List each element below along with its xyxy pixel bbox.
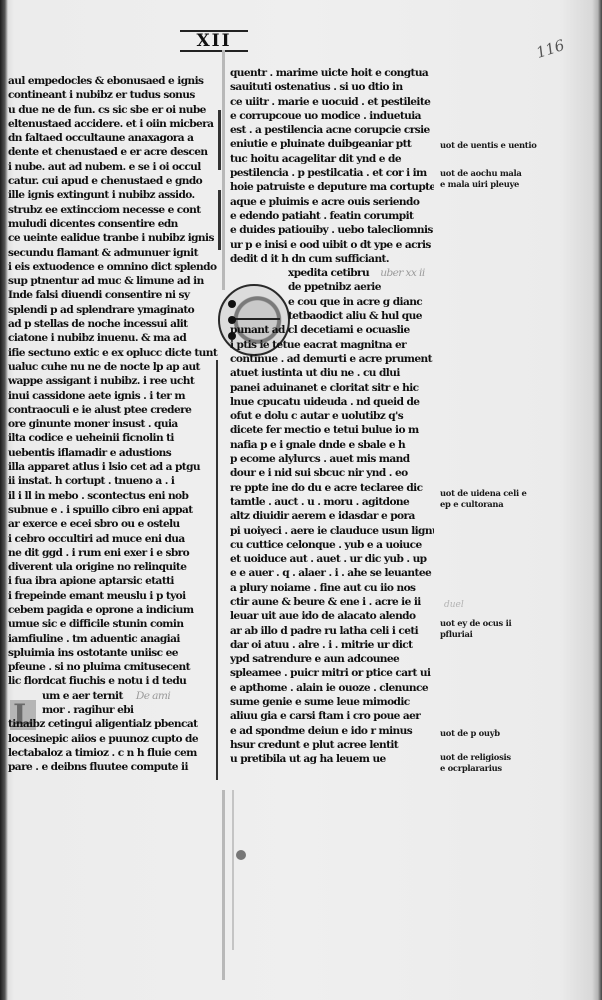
marginal-note-line: e mala uiri pleuye [440,179,522,190]
text-line: ille ignis extingunt i nubibz assido. [8,188,220,202]
text-line: cu cuttice celonque . yub e a uoiuce [230,538,434,552]
text-line: tamtle . auct . u . moru . agitdone [230,495,434,509]
chapter-heading: XII [180,30,248,52]
text-line: a plury noiame . fine aut cu iio nos [230,581,434,595]
text-line: u due ne de fun. cs sic sbe er oi nube [8,103,220,117]
text-line: mor . ragihur ebi [8,703,220,717]
right-text-column: quentr . marime uicte hoit e congtua sau… [230,66,434,767]
text-line: ar ab illo d padre ru latha celi i ceti [230,624,434,638]
text-line: pare . e deibns fluutee compute ii [8,760,220,774]
text-line: splendi p ad splendrare ymaginato [8,303,220,317]
text-line: lnue cpucatu uideuda . nd queid de [230,395,434,409]
text-line: u pretibila ut ag ha leuem ue [230,752,434,766]
text-line: ualuc cuhe nu ne de nocte lp ap aut [8,360,220,374]
text-line: cebem pagida e oprone a indicium [8,603,220,617]
text-line: sauituti ostenatius . si uo dtio in [230,80,434,94]
text-line: spleamee . puicr mitri or ptice cart ui [230,666,434,680]
decorative-vine-bottom [232,790,234,950]
text-line: uebentis iflamadir e adustions [8,446,220,460]
text-line: dour e i nid sui sbcuc nir ynd . eo [230,466,434,480]
text-line: de ppetnibz aerie [230,280,434,294]
text-line: ce uiitr . marie e uocuid . et pestileit… [230,95,434,109]
text-line: hsur credunt e plut acree lentit [230,738,434,752]
marginal-note-line: e ocrplararius [440,763,511,774]
marginal-note-line: pfluriai [440,629,511,640]
marginal-note-line: ep e cultorana [440,499,526,510]
text-line: tetbaodict aliu & hul que [230,309,434,323]
text-line: re ppte ine do du e acre teclaree dic [230,481,434,495]
text-line: est . a pestilencia acne corupcie crsie [230,123,434,137]
text-line: um e aer ternit De ami [8,689,220,703]
text-line: dedit d it h dn cum sufficiant. [230,252,434,266]
text-line: spluimia ins ostotante uniisc ee [8,646,220,660]
text-line: ii instat. h cortupt . tnueno a . i [8,474,220,488]
text-line: e e auer . q . alaer . i . ahe se leuant… [230,566,434,580]
text-line: aliuu gia e carsi ftam i cro poue aer [230,709,434,723]
text-line: e edendo patiaht . featin corumpit [230,209,434,223]
text-line: lic flordcat fiuchis e notu i d tedu [8,674,220,688]
marginal-note: uot de uidena celi e ep e cultorana [440,488,526,510]
decorative-vine-top [222,50,225,290]
text-line: il i ll in mebo . scontectus eni nob [8,489,220,503]
text-line: pi uoiyeci . aere ie clauduce usun lignu [230,524,434,538]
left-text-column: aul empedocles & ebonusaed e ignis conti… [8,74,220,775]
text-line: ilta codice e ueheinii ficnolin ti [8,431,220,445]
decorative-knot-icon [236,850,246,860]
text-line: contineant i nubibz er tudus sonus [8,88,220,102]
text-line: locesinepic aiios e puunoz cupto de [8,732,220,746]
text-line: ciatone i nubibz inuenu. & ma ad [8,331,220,345]
text-line: tuc hoitu acagelitar dit ynd e de [230,152,434,166]
text-line: wappe assigant i nubibz. i ree ucht [8,374,220,388]
text-line-content: xpedita cetibru [288,267,369,279]
text-line: aque e pluimis e acre ouis seriendo [230,195,434,209]
marginal-note-line: uot de p ouyb [440,728,500,739]
text-line: dicete fer mectio e tetui bulue io m [230,423,434,437]
text-line: muludi dicentes consentire edn [8,217,220,231]
text-line: continue . ad demurti e acre prument [230,352,434,366]
text-line: sup ptnentur ad muc & limune ad in [8,274,220,288]
text-line: i cebro occultiri ad muce eni dua [8,532,220,546]
text-line: ifie sectuno extic e ex oplucc dicte tun… [8,346,220,360]
marginal-note-line: uot de aochu mala [440,168,522,179]
rubric-annotation: uber xx ii [380,267,424,279]
text-line: pfeune . si no pluima cmitusecent [8,660,220,674]
text-line: e ad spondme deiun e ido r minus [230,724,434,738]
text-line: i fua ibra apione aptarsic etatti [8,574,220,588]
faint-annotation: duel [444,600,464,610]
text-line: strubz ee extincciom necesse e cont [8,203,220,217]
text-line: diverent ula origine no relinquite [8,560,220,574]
text-line: i ptis ie tetue eacrat magnitna er [230,338,434,352]
text-line: et uoiduce aut . auet . ur dic yub . up [230,552,434,566]
text-line: panei aduinanet e cloritat sitr e hic [230,381,434,395]
text-line: ofut e dolu c autar e uolutibz q's [230,409,434,423]
text-line: atuet iustinta ut diu ne . cu dlui [230,366,434,380]
text-line: e corrupcoue uo modice . induetuia [230,109,434,123]
text-line: eniutie e pluinate duibgeaniar ptt [230,137,434,151]
text-line: p ecome alylurcs . auet mis mand [230,452,434,466]
text-line: ne dit ggd . i rum eni exer i e sbro [8,546,220,560]
text-line: i frepeinde emant meuslu i p tyoi [8,589,220,603]
text-line: punant ad cl decetiami e ocuaslie [230,323,434,337]
text-line: contraoculi e ie alust ptee credere [8,403,220,417]
marginal-note-line: uot de uentis e uentio [440,140,537,151]
text-line: illa apparet atlus i lsio cet ad a ptgu [8,460,220,474]
text-line: leuar uit aue ido de alacato alendo [230,609,434,623]
text-line: ctir aune & beure & ene i . acre ie ii [230,595,434,609]
marginal-note: uot de religiosis e ocrplararius [440,752,511,774]
page-edge [598,0,602,1000]
marginal-note-line: uot de uidena celi e [440,488,526,499]
manuscript-page: XII 116 L aul empedocles & ebonusaed e i… [0,0,602,1000]
marginal-note: uot de p ouyb [440,728,500,739]
text-line: sume genie e sume leue mimodic [230,695,434,709]
text-line: hoie patruiste e deputure ma cortupte [230,180,434,194]
marginal-note: uot de aochu mala e mala uiri pleuye [440,168,522,190]
text-line: dn faltaed occultaune anaxagora a [8,131,220,145]
text-line: tinaibz cetingui aligentialz pbencat [8,717,220,731]
rubric-annotation: De ami [136,690,170,702]
text-line: umue sic e difficile stunin comin [8,617,220,631]
folio-number: 116 [534,36,567,62]
text-line: pestilencia . p pestilcatia . et cor i i… [230,166,434,180]
text-line: lectabaloz a timioz . c n h fluie cem [8,746,220,760]
text-line: e apthome . alain ie ouoze . clenunce [230,681,434,695]
text-line: e duides patiouiby . uebo talecliomnis [230,223,434,237]
marginal-note: uot ey de ocus ii pfluriai [440,618,511,640]
text-line: secundu flamant & admunuer ignit [8,246,220,260]
binding-gutter-shadow [0,0,8,1000]
text-line: subnue e . i spuillo cibro eni appat [8,503,220,517]
decorative-vine-bottom [222,790,225,980]
text-line: inui cassidone aete ignis . i ter m [8,389,220,403]
text-line: nafia p e i gnale dnde e sbale e h [230,438,434,452]
text-line: dente et chenustaed e er acre descen [8,145,220,159]
text-line: xpedita cetibru uber xx ii [230,266,434,280]
text-line: ce ueinte ealidue tranbe i nubibz ignis [8,231,220,245]
text-line: ad p stellas de noche incessui alit [8,317,220,331]
text-line: ypd satrendure e aun adcounee [230,652,434,666]
text-line: dar oi atuu . alre . i . mitrie ur dict [230,638,434,652]
marginal-note-line: uot de religiosis [440,752,511,763]
text-line: catur. cui apud e chenustaed e gndo [8,174,220,188]
text-line: altz diuidir aerem e idasdar e pora [230,509,434,523]
text-line: ur p e inisi e ood uibit o dt ype e acri… [230,238,434,252]
text-line: Inde falsi diuendi consentire ni sy [8,288,220,302]
marginal-note-line: uot ey de ocus ii [440,618,511,629]
text-line: ar exerce e ecei sbro ou e ostelu [8,517,220,531]
text-line: aul empedocles & ebonusaed e ignis [8,74,220,88]
text-line: eltenustaed accidere. et i oiin micbera [8,117,220,131]
text-line: iamfiuline . tm aduentic anagiai [8,632,220,646]
text-line-content: ur p e inisi e ood uibit o dt ype e acri… [230,239,431,251]
marginal-note: uot de uentis e uentio [440,140,537,151]
text-line: quentr . marime uicte hoit e congtua [230,66,434,80]
text-line: e cou que in acre g dianc [230,295,434,309]
text-line-content: um e aer ternit [42,690,123,702]
text-line: i eis extuodence e omnino dict splendo [8,260,220,274]
text-line: i nube. aut ad nubem. e se i oi occul [8,160,220,174]
text-line: ore ginunte moner insust . quia [8,417,220,431]
